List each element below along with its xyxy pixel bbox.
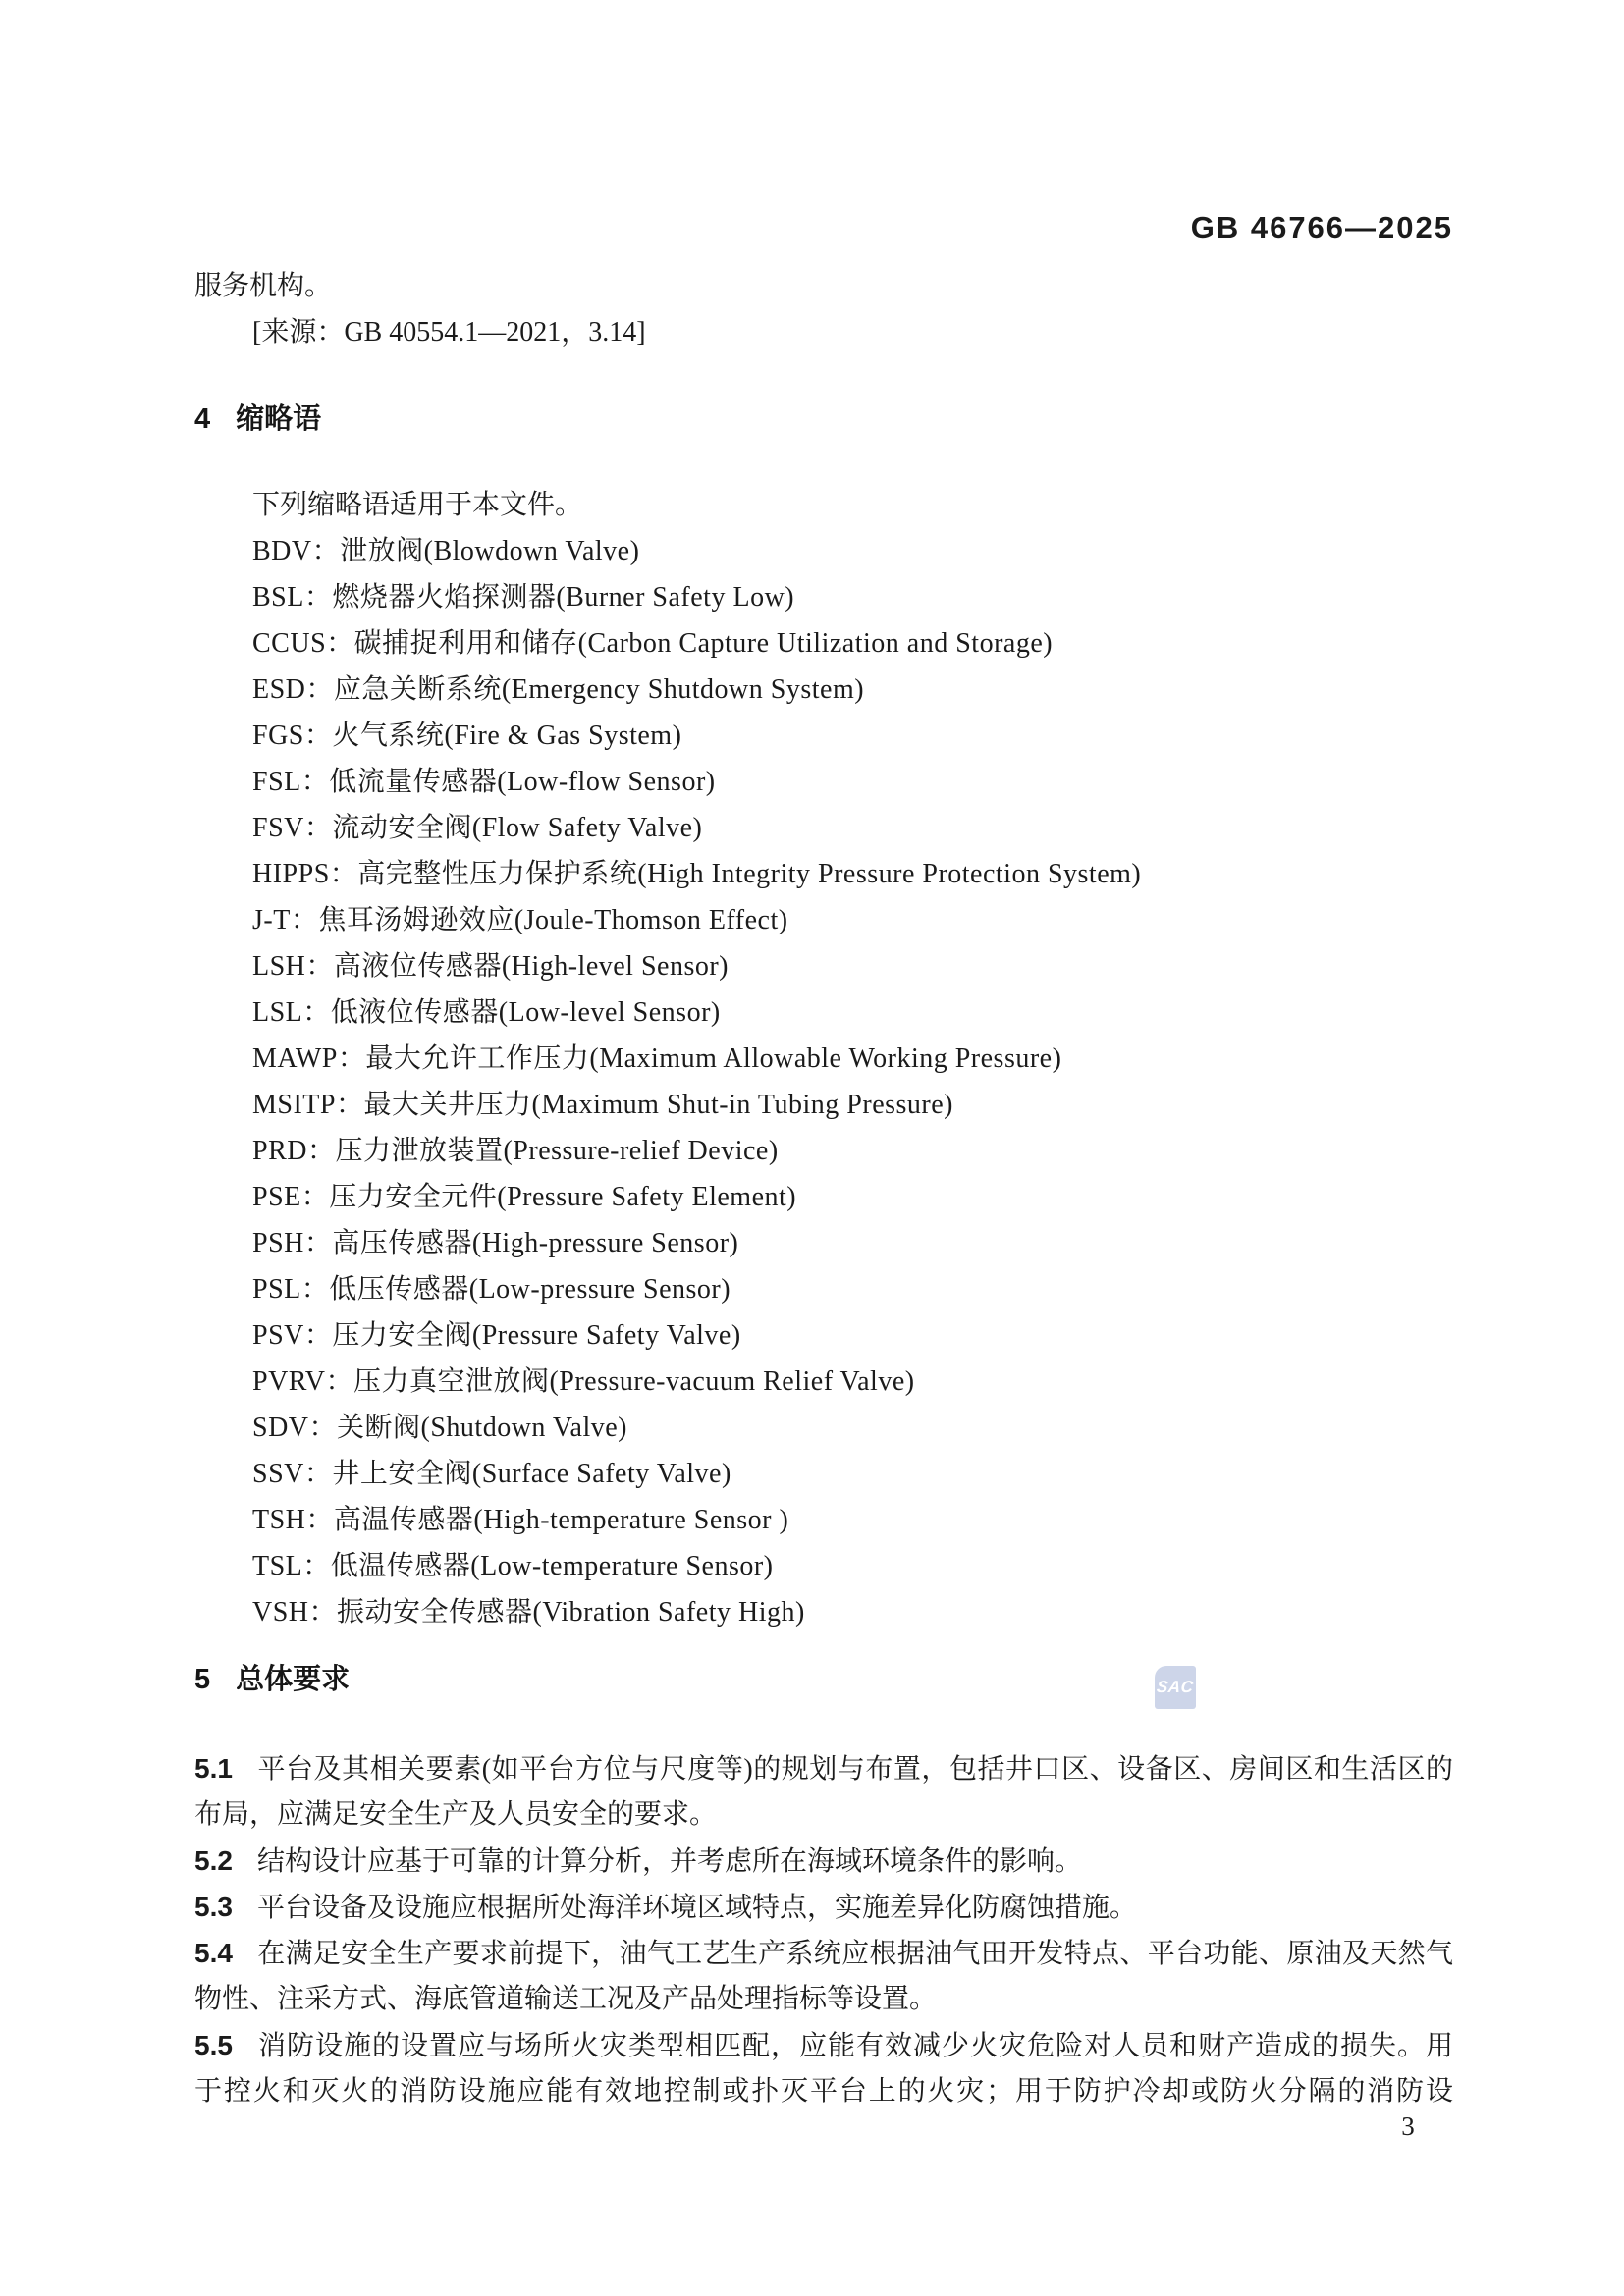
document-page: GB 46766—2025 服务机构。 [来源：GB 40554.1—2021，…	[0, 0, 1624, 2296]
abbreviation-item: PSH：高压传感器(High-pressure Sensor)	[252, 1220, 1141, 1266]
abbreviation-item: FSV：流动安全阀(Flow Safety Valve)	[252, 805, 1141, 851]
abbreviation-item: TSH：高温传感器(High-temperature Sensor )	[252, 1497, 1141, 1543]
abbreviation-item: MSITP：最大关井压力(Maximum Shut-in Tubing Pres…	[252, 1082, 1141, 1128]
clause-5-5-line-1: 5.5消防设施的设置应与场所火灾类型相匹配，应能有效减少火灾危险对人员和财产造成…	[194, 2022, 1453, 2068]
section-4-title: 缩略语	[236, 403, 321, 435]
abbreviation-item: PVRV：压力真空泄放阀(Pressure-vacuum Relief Valv…	[252, 1359, 1141, 1405]
clause-5-4-line-2: 物性、注采方式、海底管道输送工况及产品处理指标等设置。	[194, 1976, 1453, 2022]
abbreviation-item: MAWP：最大允许工作压力(Maximum Allowable Working …	[252, 1036, 1141, 1082]
abbreviation-item: VSH：振动安全传感器(Vibration Safety High)	[252, 1589, 1141, 1635]
standard-code-header: GB 46766—2025	[1191, 210, 1453, 245]
clause-5-5-line-2: 于控火和灭火的消防设施应能有效地控制或扑灭平台上的火灾；用于防护冷却或防火分隔的…	[194, 2068, 1453, 2114]
clause-text: 消防设施的设置应与场所火灾类型相匹配，应能有效减少火灾危险对人员和财产造成的损失…	[257, 2031, 1453, 2061]
clause-text: 物性、注采方式、海底管道输送工况及产品处理指标等设置。	[194, 1984, 937, 2014]
section-5-heading: 5总体要求	[194, 1657, 350, 1703]
clause-number: 5.1	[194, 1753, 233, 1784]
abbreviation-item: ESD：应急关断系统(Emergency Shutdown System)	[252, 667, 1141, 713]
abbreviation-item: BDV：泄放阀(Blowdown Valve)	[252, 528, 1141, 574]
abbreviation-item: J-T：焦耳汤姆逊效应(Joule-Thomson Effect)	[252, 897, 1141, 943]
abbreviation-item: LSH：高液位传感器(High-level Sensor)	[252, 943, 1141, 989]
source-reference-line: [来源：GB 40554.1—2021，3.14]	[252, 309, 646, 355]
abbreviation-item: SSV：井上安全阀(Surface Safety Valve)	[252, 1451, 1141, 1497]
abbreviation-item: SDV：关断阀(Shutdown Valve)	[252, 1405, 1141, 1451]
clause-number: 5.3	[194, 1892, 233, 1922]
clause-text: 平台及其相关要素(如平台方位与尺度等)的规划与布置，包括井口区、设备区、房间区和…	[257, 1754, 1453, 1785]
clause-5-1-line-2: 布局，应满足安全生产及人员安全的要求。	[194, 1791, 1453, 1838]
section-4-number: 4	[194, 403, 210, 435]
clause-number: 5.5	[194, 2030, 233, 2060]
page-number: 3	[1392, 2107, 1424, 2146]
abbreviation-item: FGS：火气系统(Fire & Gas System)	[252, 713, 1141, 759]
abbreviation-item: FSL：低流量传感器(Low-flow Sensor)	[252, 759, 1141, 805]
sac-watermark-logo: SAC	[1155, 1666, 1196, 1709]
clause-text: 结构设计应基于可靠的计算分析，并考虑所在海域环境条件的影响。	[257, 1846, 1082, 1877]
abbreviation-item: PSL：低压传感器(Low-pressure Sensor)	[252, 1266, 1141, 1312]
clause-text: 布局，应满足安全生产及人员安全的要求。	[194, 1799, 717, 1830]
abbreviation-item: TSL：低温传感器(Low-temperature Sensor)	[252, 1543, 1141, 1589]
abbreviation-item: PSV：压力安全阀(Pressure Safety Valve)	[252, 1312, 1141, 1359]
abbreviation-item: CCUS：碳捕捉利用和储存(Carbon Capture Utilization…	[252, 620, 1141, 667]
section-4-heading: 4缩略语	[194, 397, 321, 443]
sac-watermark-text: SAC	[1156, 1678, 1195, 1697]
clause-number: 5.2	[194, 1845, 233, 1876]
section-5-title: 总体要求	[236, 1664, 350, 1695]
abbreviation-item: BSL：燃烧器火焰探测器(Burner Safety Low)	[252, 574, 1141, 620]
clause-number: 5.4	[194, 1938, 233, 1968]
abbreviation-item: LSL：低液位传感器(Low-level Sensor)	[252, 989, 1141, 1036]
section-5-number: 5	[194, 1664, 210, 1695]
abbreviation-item: PRD：压力泄放装置(Pressure-relief Device)	[252, 1128, 1141, 1174]
clause-5-1-line-1: 5.1平台及其相关要素(如平台方位与尺度等)的规划与布置，包括井口区、设备区、房…	[194, 1745, 1453, 1791]
abbreviation-lead-sentence: 下列缩略语适用于本文件。	[252, 482, 582, 528]
abbreviation-item: HIPPS：高完整性压力保护系统(High Integrity Pressure…	[252, 851, 1141, 897]
clause-text: 于控火和灭火的消防设施应能有效地控制或扑灭平台上的火灾；用于防护冷却或防火分隔的…	[194, 2076, 1453, 2107]
clause-5-3-line-1: 5.3平台设备及设施应根据所处海洋环境区域特点，实施差异化防腐蚀措施。	[194, 1884, 1453, 1930]
clause-5-2-line-1: 5.2结构设计应基于可靠的计算分析，并考虑所在海域环境条件的影响。	[194, 1838, 1453, 1884]
paragraph-continuation-text: 服务机构。	[194, 263, 332, 309]
clause-text: 在满足安全生产要求前提下，油气工艺生产系统应根据油气田开发特点、平台功能、原油及…	[257, 1939, 1453, 1969]
clause-text: 平台设备及设施应根据所处海洋环境区域特点，实施差异化防腐蚀措施。	[257, 1893, 1137, 1923]
abbreviation-item: PSE：压力安全元件(Pressure Safety Element)	[252, 1174, 1141, 1220]
abbreviation-list: BDV：泄放阀(Blowdown Valve) BSL：燃烧器火焰探测器(Bur…	[252, 528, 1141, 1635]
section-5-clauses: 5.1平台及其相关要素(如平台方位与尺度等)的规划与布置，包括井口区、设备区、房…	[194, 1745, 1453, 2114]
clause-5-4-line-1: 5.4在满足安全生产要求前提下，油气工艺生产系统应根据油气田开发特点、平台功能、…	[194, 1930, 1453, 1976]
